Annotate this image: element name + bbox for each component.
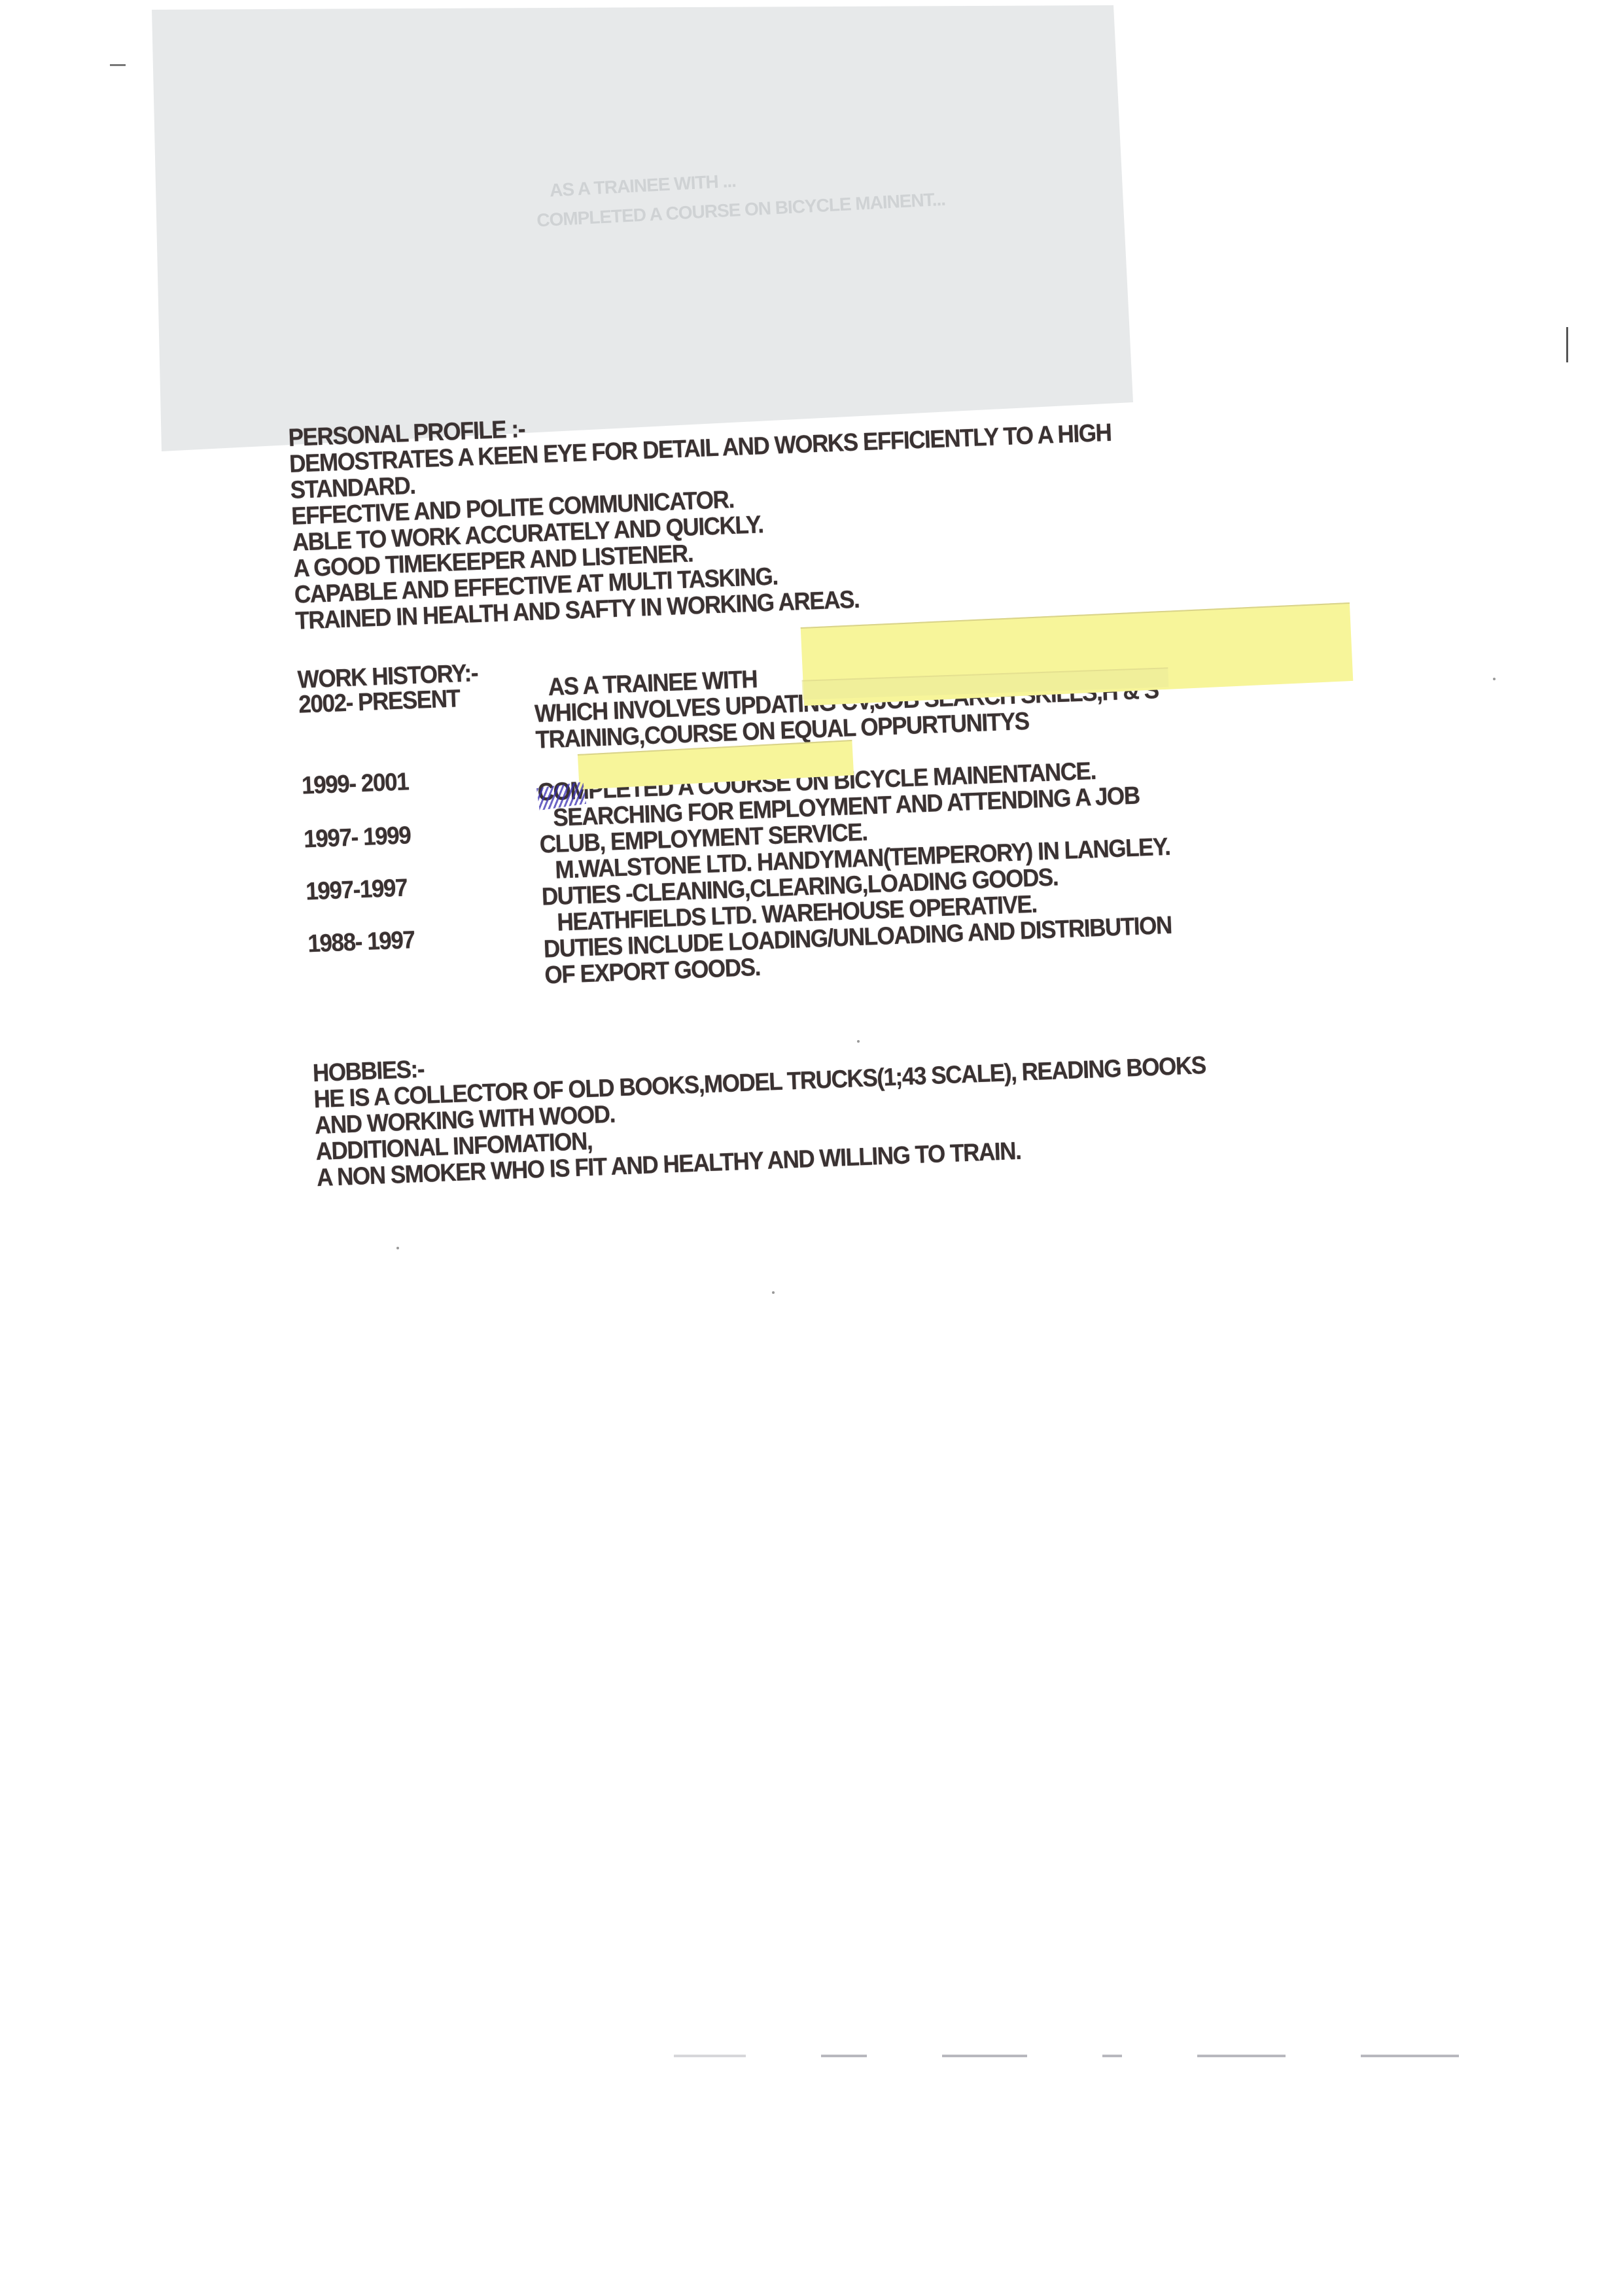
footer-dash-line xyxy=(674,2054,1459,2058)
work-dates: 1988- 1997 xyxy=(307,911,527,998)
margin-mark xyxy=(1566,327,1568,362)
scan-speck xyxy=(396,1247,399,1249)
dash xyxy=(1197,2055,1286,2057)
scan-speck xyxy=(1493,678,1496,680)
scan-speck xyxy=(857,1040,860,1043)
work-dates: 1997-1997 xyxy=(305,859,523,920)
margin-mark xyxy=(110,64,126,66)
work-dates: 1997- 1999 xyxy=(303,807,521,867)
dash xyxy=(1102,2055,1122,2057)
dash xyxy=(942,2055,1027,2057)
faded-scan-region xyxy=(152,5,1133,451)
dash xyxy=(821,2055,867,2057)
scan-speck xyxy=(772,1291,775,1294)
personal-profile-section: PERSONAL PROFILE :- DEMOSTRATES A KEEN E… xyxy=(288,383,1407,635)
dash xyxy=(1361,2055,1459,2057)
cv-document: PERSONAL PROFILE :- DEMOSTRATES A KEEN E… xyxy=(288,383,1430,1229)
dash xyxy=(674,2055,746,2057)
